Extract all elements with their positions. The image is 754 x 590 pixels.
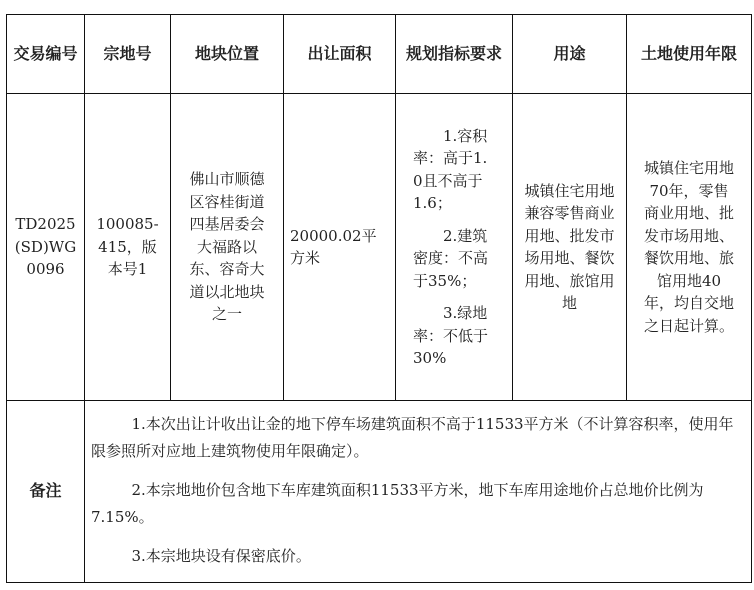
cell-usage: 城镇住宅用地兼容零售商业用地、批发市场用地、餐饮用地、旅馆用地 [513, 94, 627, 401]
planning-item: 3.绿地率：不低于30% [413, 302, 495, 370]
area-text: 20000.02平方米 [290, 225, 380, 270]
cell-trade-no: TD2025(SD)WG0096 [7, 94, 85, 401]
note-item: 3.本宗地块设有保密底价。 [91, 543, 745, 570]
header-usage: 用途 [513, 15, 627, 94]
notes-label: 备注 [7, 401, 85, 583]
cell-parcel-no: 100085-415，版本号1 [85, 94, 171, 401]
notes-row: 备注 1.本次出让计收出让金的地下停车场建筑面积不高于11533平方米（不计算容… [7, 401, 752, 583]
note-item: 1.本次出让计收出让金的地下停车场建筑面积不高于11533平方米（不计算容积率，… [91, 411, 745, 465]
land-transfer-table: 交易编号 宗地号 地块位置 出让面积 规划指标要求 用途 土地使用年限 TD20… [6, 14, 752, 583]
data-row: TD2025(SD)WG0096 100085-415，版本号1 佛山市顺德区容… [7, 94, 752, 401]
cell-area: 20000.02平方米 [284, 94, 396, 401]
planning-item: 1.容积率：高于1.0且不高于1.6； [413, 125, 495, 215]
term-text: 城镇住宅用地70年，零售商业用地、批发市场用地、餐饮用地、旅馆用地40年，均自交… [643, 157, 736, 337]
header-parcel-no: 宗地号 [85, 15, 171, 94]
header-planning: 规划指标要求 [396, 15, 513, 94]
header-location: 地块位置 [171, 15, 284, 94]
header-trade-no: 交易编号 [7, 15, 85, 94]
usage-text: 城镇住宅用地兼容零售商业用地、批发市场用地、餐饮用地、旅馆用地 [523, 180, 616, 315]
cell-location: 佛山市顺德区容桂街道四基居委会大福路以东、容奇大道以北地块之一 [171, 94, 284, 401]
parcel-no-text: 100085-415，版本号1 [94, 213, 162, 281]
cell-planning: 1.容积率：高于1.0且不高于1.6； 2.建筑密度：不高于35%； 3.绿地率… [396, 94, 513, 401]
cell-term: 城镇住宅用地70年，零售商业用地、批发市场用地、餐饮用地、旅馆用地40年，均自交… [627, 94, 752, 401]
planning-item: 2.建筑密度：不高于35%； [413, 225, 495, 293]
trade-no-text: TD2025(SD)WG0096 [14, 213, 78, 281]
note-item: 2.本宗地地价包含地下车库建筑面积11533平方米，地下车库用途地价占总地价比例… [91, 477, 745, 531]
location-text: 佛山市顺德区容桂街道四基居委会大福路以东、容奇大道以北地块之一 [188, 168, 266, 326]
notes-content: 1.本次出让计收出让金的地下停车场建筑面积不高于11533平方米（不计算容积率，… [85, 401, 752, 583]
header-term: 土地使用年限 [627, 15, 752, 94]
header-area: 出让面积 [284, 15, 396, 94]
header-row: 交易编号 宗地号 地块位置 出让面积 规划指标要求 用途 土地使用年限 [7, 15, 752, 94]
